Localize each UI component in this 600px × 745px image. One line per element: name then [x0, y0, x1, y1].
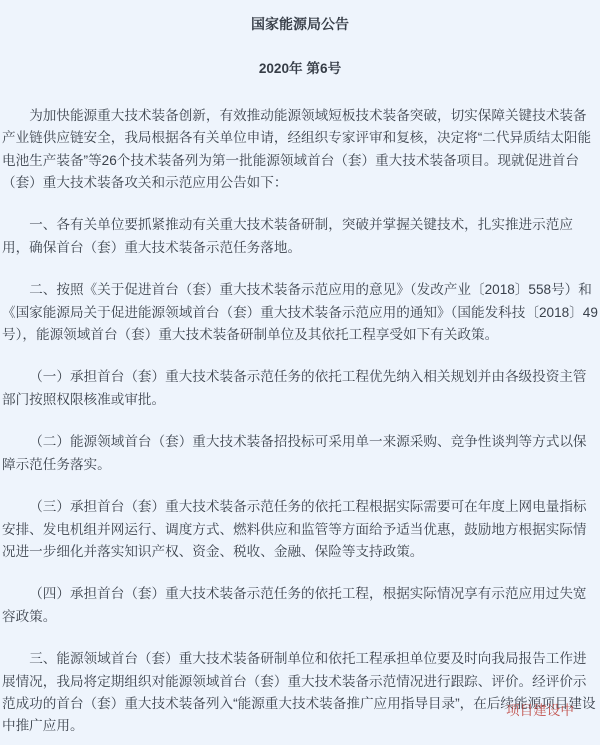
para-item-3: 三、能源领域首台（套）重大技术装备研制单位和依托工程承担单位要及时向我局报告工作…: [2, 648, 598, 738]
announcement-title: 国家能源局公告: [2, 13, 598, 35]
para-item-2: 二、按照《关于促进首台（套）重大技术装备示范应用的意见》（发改产业〔2018〕5…: [2, 279, 598, 346]
para-subitem-3: （三）承担首台（套）重大技术装备示范任务的依托工程根据实际需要可在年度上网电量指…: [2, 496, 598, 563]
para-item-1: 一、各有关单位要抓紧推动有关重大技术装备研制，突破并掌握关键技术，扎实推进示范应…: [2, 214, 598, 259]
issue-number: 2020年 第6号: [2, 58, 598, 80]
para-subitem-2: （二）能源领域首台（套）重大技术装备招投标可采用单一来源采购、竞争性谈判等方式以…: [2, 431, 598, 476]
announcement-page: 国家能源局公告 2020年 第6号 为加快能源重大技术装备创新，有效推动能源领域…: [0, 0, 600, 745]
para-intro: 为加快能源重大技术装备创新，有效推动能源领域短板技术装备突破，切实保障关键技术装…: [2, 105, 598, 195]
para-subitem-1: （一）承担首台（套）重大技术装备示范任务的依托工程优先纳入相关规划并由各级投资主…: [2, 366, 598, 411]
para-subitem-4: （四）承担首台（套）重大技术装备示范任务的依托工程，根据实际情况享有示范应用过失…: [2, 583, 598, 628]
